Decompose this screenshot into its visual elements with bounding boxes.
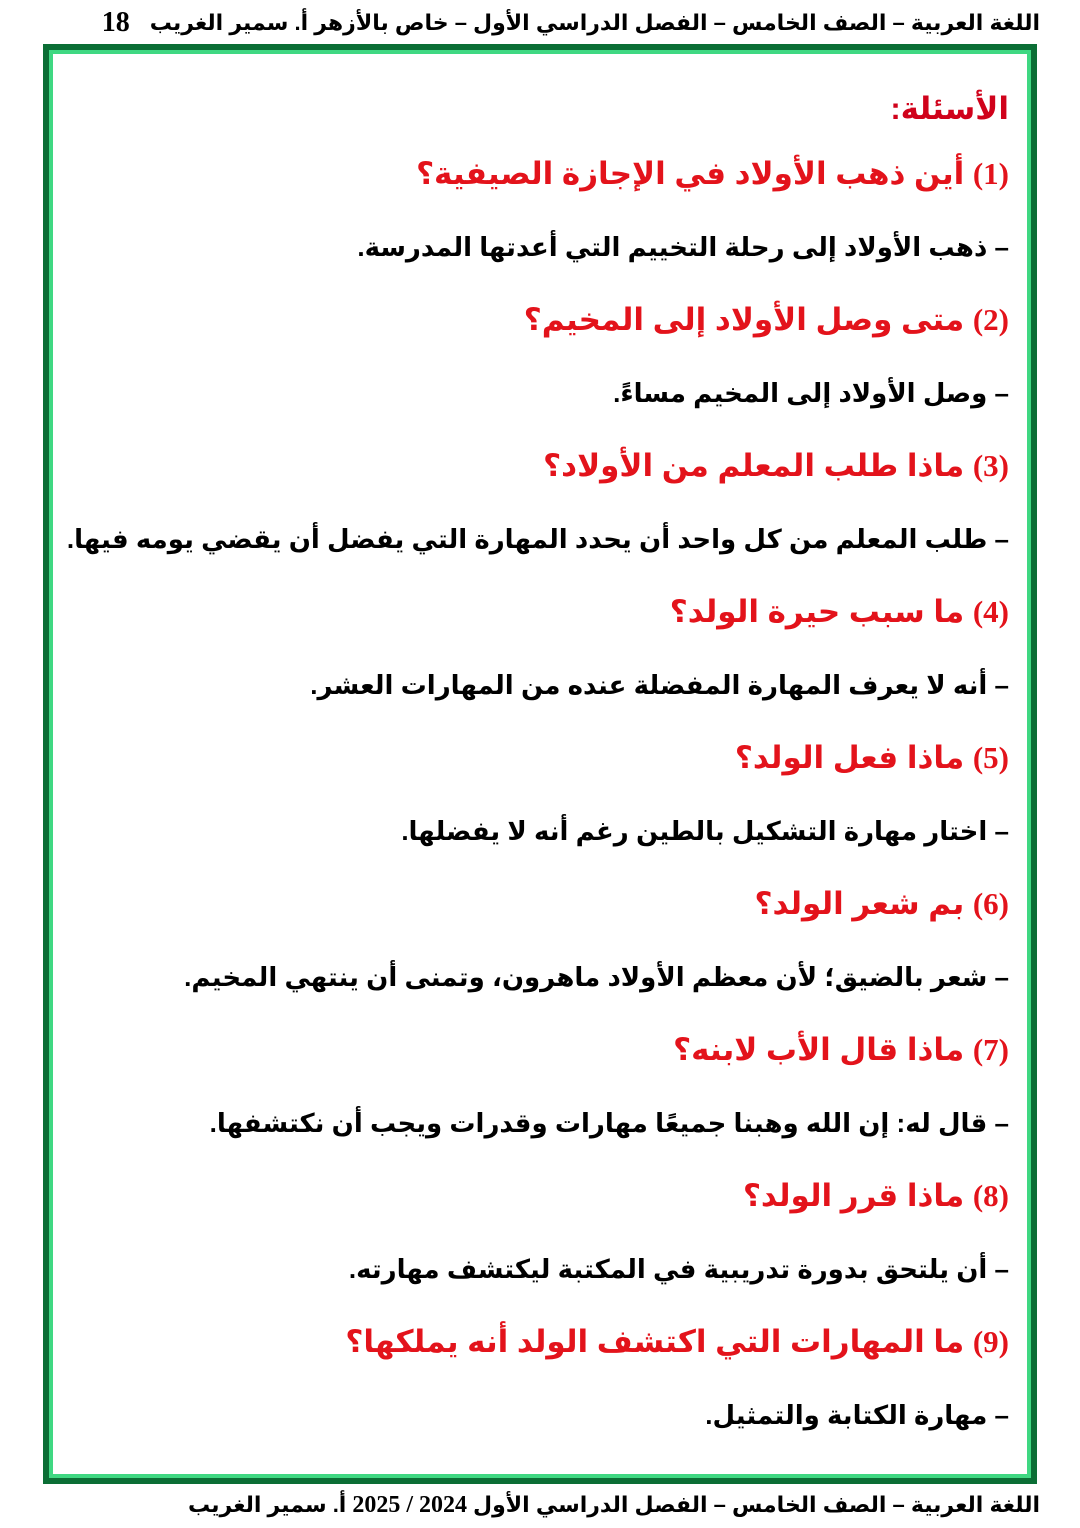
qa-item: (6) بم شعر الولد؟ – شعر بالضيق؛ لأن معظم… xyxy=(71,868,1009,1014)
question-text: أين ذهب الأولاد في الإجازة الصيفية؟ xyxy=(416,156,964,191)
question: (5) ماذا فعل الولد؟ xyxy=(71,722,1009,794)
question-number: (8) xyxy=(973,1178,1009,1213)
header-title: اللغة العربية – الصف الخامس – الفصل الدر… xyxy=(150,10,1040,36)
question: (3) ماذا طلب المعلم من الأولاد؟ xyxy=(71,430,1009,502)
question-text: ماذا قال الأب لابنه؟ xyxy=(673,1032,964,1067)
section-title: الأسئلة: xyxy=(71,80,1009,138)
question: (8) ماذا قرر الولد؟ xyxy=(71,1160,1009,1232)
qa-item: (3) ماذا طلب المعلم من الأولاد؟ – طلب ال… xyxy=(71,430,1009,576)
qa-item: (2) متى وصل الأولاد إلى المخيم؟ – وصل ال… xyxy=(71,284,1009,430)
qa-item: (4) ما سبب حيرة الولد؟ – أنه لا يعرف الم… xyxy=(71,576,1009,722)
page-header: اللغة العربية – الصف الخامس – الفصل الدر… xyxy=(60,6,1040,40)
question-number: (5) xyxy=(973,740,1009,775)
question-text: ما سبب حيرة الولد؟ xyxy=(670,594,964,629)
answer: – أن يلتحق بدورة تدريبية في المكتبة ليكت… xyxy=(71,1232,1009,1306)
qa-item: (7) ماذا قال الأب لابنه؟ – قال له: إن ال… xyxy=(71,1014,1009,1160)
answer: – شعر بالضيق؛ لأن معظم الأولاد ماهرون، و… xyxy=(71,940,1009,1014)
question: (7) ماذا قال الأب لابنه؟ xyxy=(71,1014,1009,1086)
question-number: (6) xyxy=(973,886,1009,921)
qa-item: (5) ماذا فعل الولد؟ – اختار مهارة التشكي… xyxy=(71,722,1009,868)
question-number: (7) xyxy=(973,1032,1009,1067)
footer-subject: اللغة العربية – الصف الخامس – الفصل الدر… xyxy=(473,1492,1040,1518)
qa-item: (8) ماذا قرر الولد؟ – أن يلتحق بدورة تدر… xyxy=(71,1160,1009,1306)
question: (4) ما سبب حيرة الولد؟ xyxy=(71,576,1009,648)
qa-item: (1) أين ذهب الأولاد في الإجازة الصيفية؟ … xyxy=(71,138,1009,284)
footer-author: أ. سمير الغريب xyxy=(188,1492,346,1518)
answer: – أنه لا يعرف المهارة المفضلة عنده من ال… xyxy=(71,648,1009,722)
question-text: بم شعر الولد؟ xyxy=(755,886,965,921)
page-number: 18 xyxy=(102,7,130,39)
question-number: (9) xyxy=(973,1324,1009,1359)
footer-years: 2024 / 2025 xyxy=(352,1492,467,1519)
question: (6) بم شعر الولد؟ xyxy=(71,868,1009,940)
content-frame: الأسئلة: (1) أين ذهب الأولاد في الإجازة … xyxy=(43,44,1037,1484)
answer: – وصل الأولاد إلى المخيم مساءً. xyxy=(71,356,1009,430)
question-number: (2) xyxy=(973,302,1009,337)
question-text: متى وصل الأولاد إلى المخيم؟ xyxy=(524,302,965,337)
question: (1) أين ذهب الأولاد في الإجازة الصيفية؟ xyxy=(71,138,1009,210)
questions-section: الأسئلة: (1) أين ذهب الأولاد في الإجازة … xyxy=(71,80,1009,1452)
answer: – طلب المعلم من كل واحد أن يحدد المهارة … xyxy=(71,502,1009,576)
question-number: (3) xyxy=(973,448,1009,483)
answer: – مهارة الكتابة والتمثيل. xyxy=(71,1378,1009,1452)
question: (9) ما المهارات التي اكتشف الولد أنه يمل… xyxy=(71,1306,1009,1378)
answer: – ذهب الأولاد إلى رحلة التخييم التي أعدت… xyxy=(71,210,1009,284)
answer: – اختار مهارة التشكيل بالطين رغم أنه لا … xyxy=(71,794,1009,868)
answer: – قال له: إن الله وهبنا جميعًا مهارات وق… xyxy=(71,1086,1009,1160)
question-text: ما المهارات التي اكتشف الولد أنه يملكها؟ xyxy=(345,1324,964,1359)
question: (2) متى وصل الأولاد إلى المخيم؟ xyxy=(71,284,1009,356)
question-text: ماذا فعل الولد؟ xyxy=(735,740,964,775)
question-number: (4) xyxy=(973,594,1009,629)
page-footer: اللغة العربية – الصف الخامس – الفصل الدر… xyxy=(120,1488,1040,1522)
question-text: ماذا طلب المعلم من الأولاد؟ xyxy=(543,448,964,483)
question-number: (1) xyxy=(973,156,1009,191)
question-text: ماذا قرر الولد؟ xyxy=(743,1178,964,1213)
qa-item: (9) ما المهارات التي اكتشف الولد أنه يمل… xyxy=(71,1306,1009,1452)
